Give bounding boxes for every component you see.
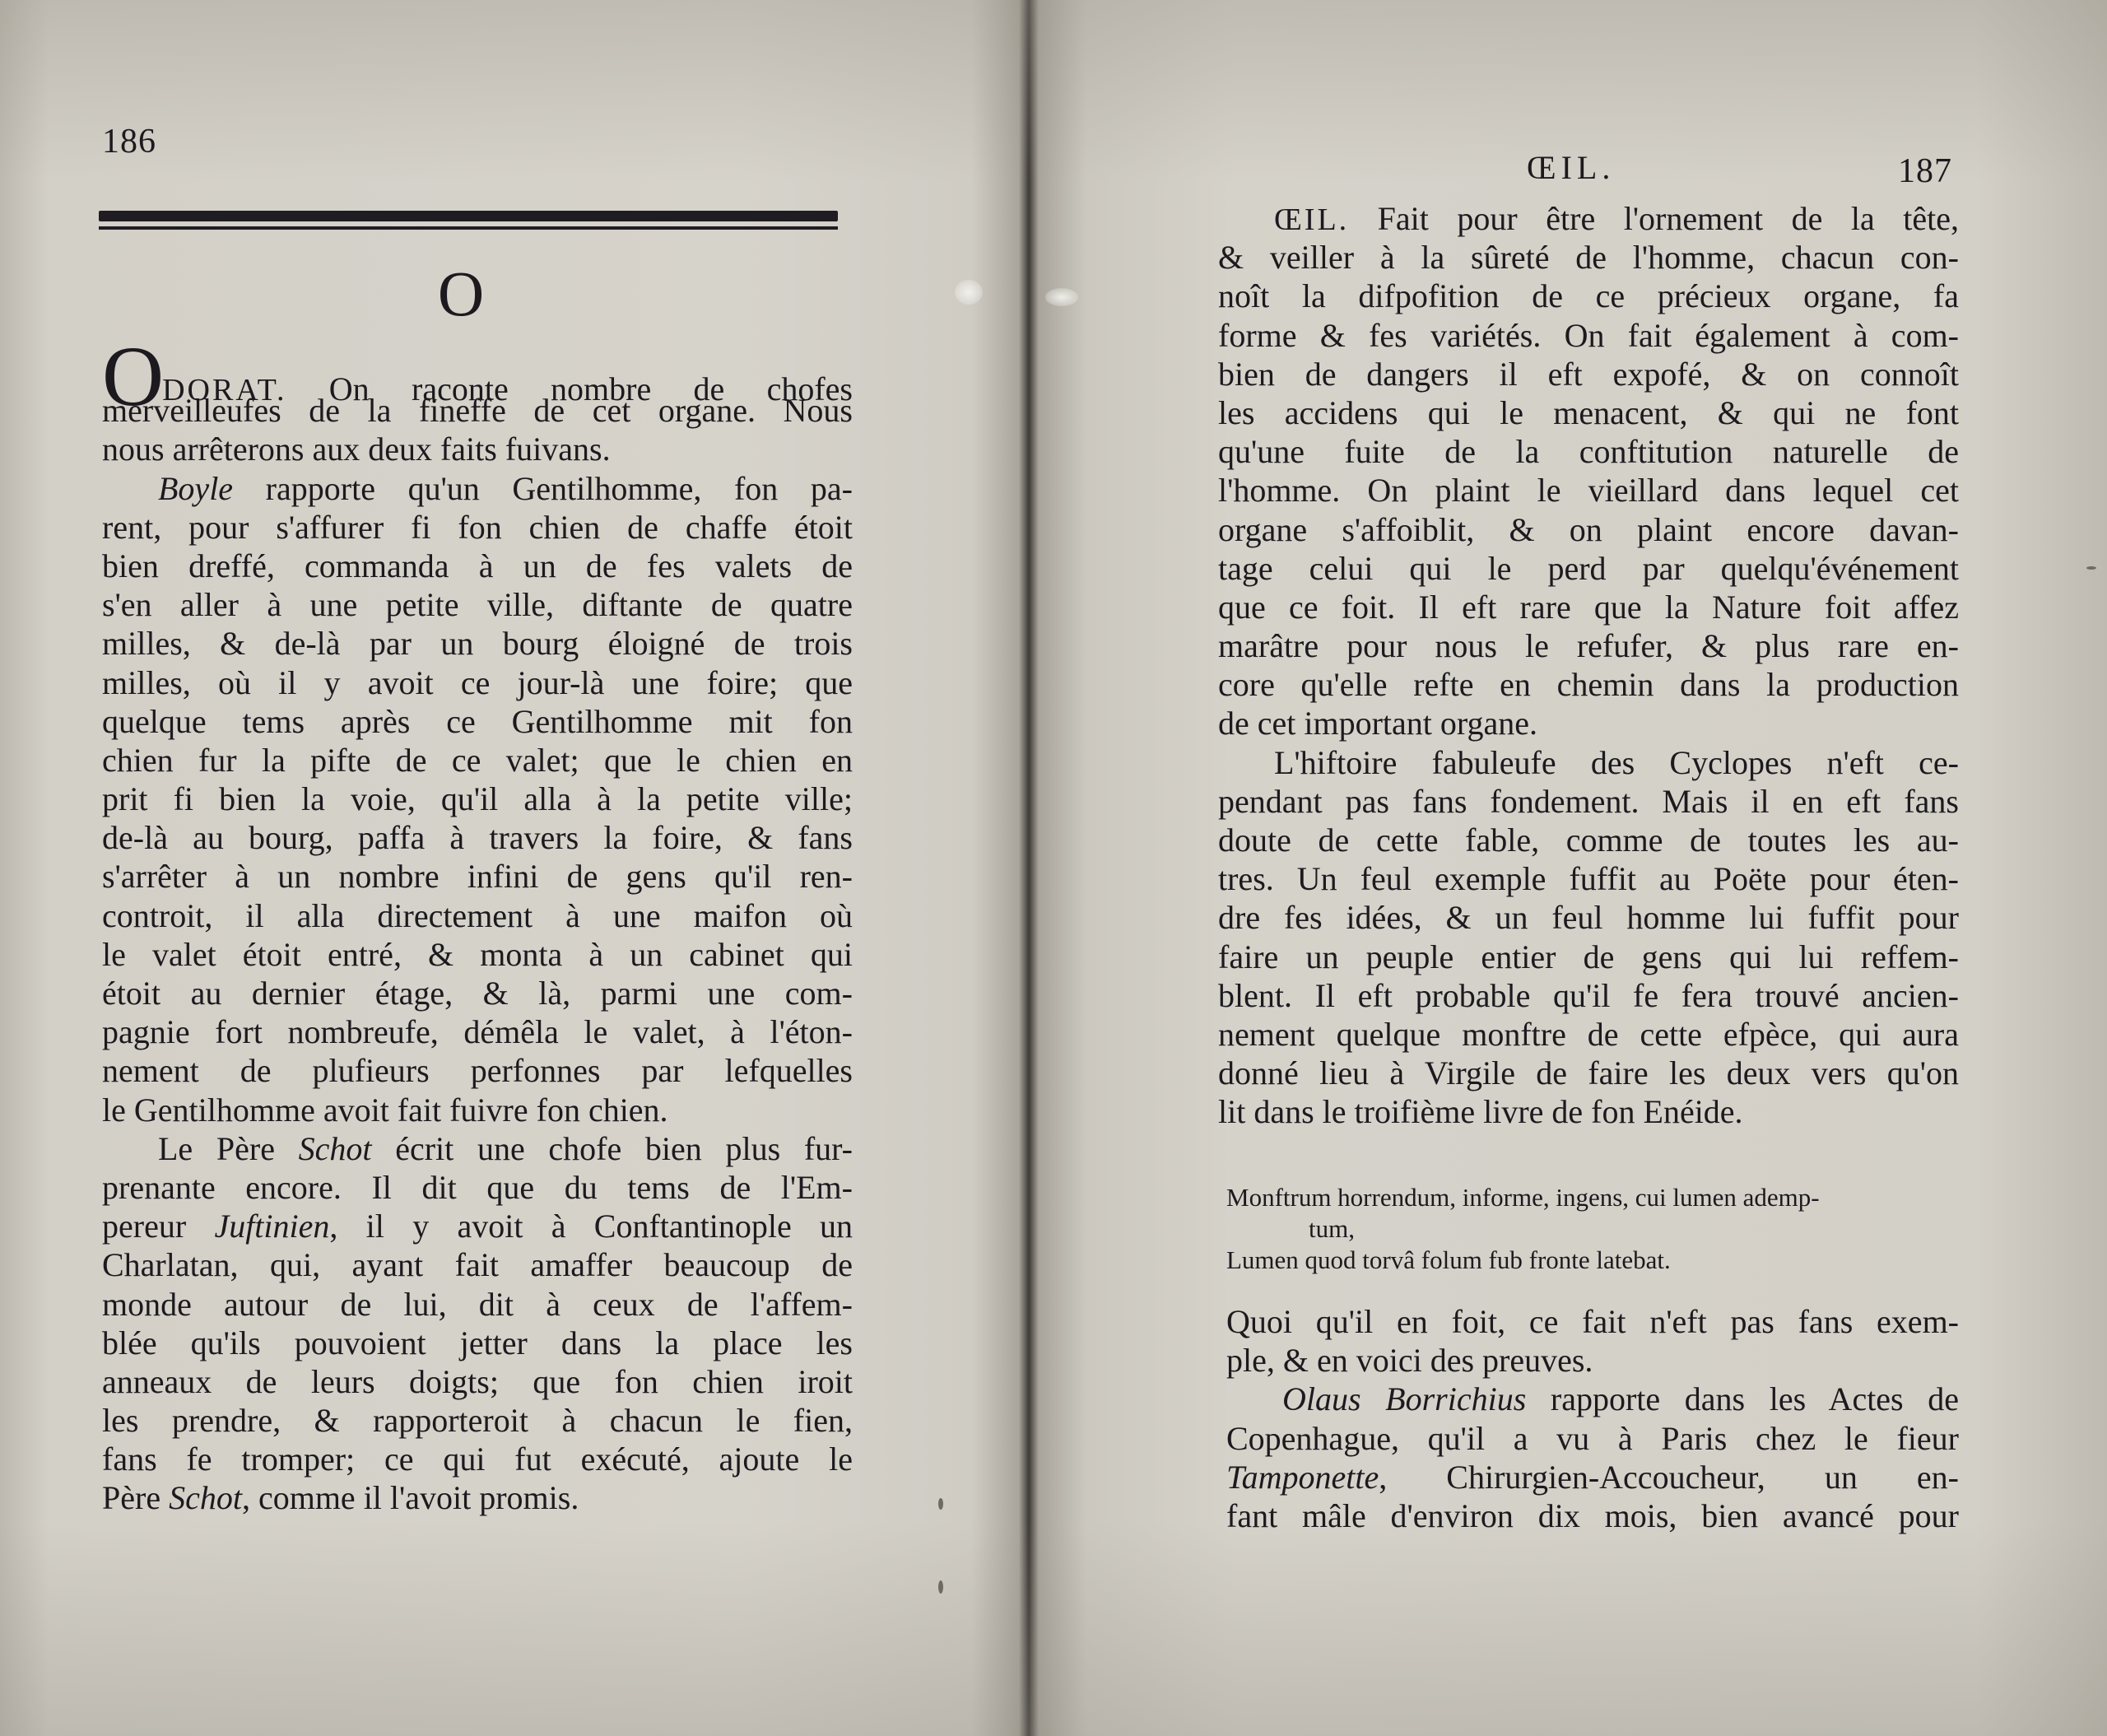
text-line: Copenhague, qu'il a vu à Paris chez le f… [1226, 1419, 1959, 1458]
text-line: L'hiftoire fabuleufe des Cyclopes n'eft … [1218, 743, 1959, 782]
right-body-text: ŒIL. Fait pour être l'ornement de la têt… [1218, 199, 1959, 1132]
page-number-right: 187 [1898, 151, 1952, 191]
italic-name: Juftinien [214, 1208, 329, 1245]
text-line: de cet important organe. [1218, 704, 1959, 742]
text-line: anneaux de leurs doigts; que fon chien i… [102, 1362, 853, 1401]
text-fragment: rapporte dans les Actes de [1526, 1380, 1959, 1417]
header-rule [99, 211, 838, 232]
text-line: core qu'elle refte en chemin dans la pro… [1218, 665, 1959, 704]
text-line: controit, il alla directement à une maif… [102, 896, 853, 935]
header-rule-thin [99, 226, 838, 230]
text-fragment: Le Père [158, 1130, 299, 1167]
text-line: de-là au bourg, paffa à travers la foire… [102, 818, 853, 857]
text-line: merveilleufes de la fineffe de cet organ… [102, 391, 853, 430]
text-line: bien de dangers il eft expofé, & on conn… [1218, 355, 1959, 393]
text-line: Père Schot, comme il l'avoit promis. [102, 1478, 853, 1517]
text-line: le valet étoit entré, & monta à un cabin… [102, 935, 853, 974]
text-line: chien fur la pifte de ce valet; que le c… [102, 741, 853, 780]
section-letter: O [0, 257, 922, 331]
text-line: Olaus Borrichius rapporte dans les Actes… [1226, 1380, 1959, 1418]
text-line: milles, où il y avoit ce jour-là une foi… [102, 663, 853, 702]
text-line: rent, pour s'affurer fi fon chien de cha… [102, 508, 853, 547]
italic-name: Olaus Borrichius [1282, 1380, 1526, 1417]
text-line: qu'une fuite de la conftitution naturell… [1218, 432, 1959, 471]
verse-line: Lumen quod torvâ folum fub fronte lateba… [1226, 1245, 1959, 1276]
italic-name: Schot [299, 1130, 372, 1167]
text-line: tage celui qui le perd par quelqu'événem… [1218, 549, 1959, 588]
text-line: étoit au dernier étage, & là, parmi une … [102, 974, 853, 1012]
right-body-text-continued: Quoi qu'il en foit, ce fait n'eft pas fa… [1226, 1302, 1959, 1535]
text-line: l'homme. On plaint le vieillard dans leq… [1218, 471, 1959, 510]
text-line: Quoi qu'il en foit, ce fait n'eft pas fa… [1226, 1302, 1959, 1341]
text-line: tres. Un feul exemple fuffit au Poëte po… [1218, 859, 1959, 898]
text-line: milles, & de-là par un bourg éloigné de … [102, 624, 853, 663]
text-line: les prendre, & rapporteroit à chacun le … [102, 1401, 853, 1440]
text-fragment: rapporte qu'un Gentilhomme, fon pa- [233, 470, 853, 507]
text-line: Tamponette, Chirurgien-Accoucheur, un en… [1226, 1458, 1959, 1496]
text-fragment: écrit une chofe bien plus fur- [372, 1130, 853, 1167]
running-head: ŒIL. [1527, 148, 1615, 187]
text-line: Boyle rapporte qu'un Gentilhomme, fon pa… [102, 469, 853, 508]
verse-line: Monftrum horrendum, informe, ingens, cui… [1226, 1182, 1959, 1213]
text-line: nement de plufieurs perfonnes par lefque… [102, 1051, 853, 1090]
text-line: blent. Il eft probable qu'il fe fera tro… [1218, 976, 1959, 1015]
text-line: monde autour de lui, dit à ceux de l'aff… [102, 1285, 853, 1324]
text-fragment: Fait pour être l'ornement de la tête, [1349, 200, 1959, 237]
text-line: pagnie fort nombreufe, démêla le valet, … [102, 1012, 853, 1051]
verse-line-continuation: tum, [1226, 1213, 1959, 1245]
left-page: 186 O ODORAT. On raconte nombre de chofe… [0, 0, 1029, 1736]
text-line: quelque tems après ce Gentilhomme mit fo… [102, 702, 853, 741]
header-rule-thick [99, 211, 838, 221]
headword: ŒIL. [1274, 202, 1349, 237]
text-line: fans fe tromper; ce qui fut exécuté, ajo… [102, 1440, 853, 1478]
text-line: nous arrêterons aux deux faits fuivans. [102, 430, 853, 468]
text-line: le Gentilhomme avoit fait fuivre fon chi… [102, 1091, 853, 1129]
text-line: ODORAT. On raconte nombre de chofes [102, 352, 853, 391]
latin-verse-quote: Monftrum horrendum, informe, ingens, cui… [1226, 1182, 1959, 1276]
italic-name: Schot [169, 1479, 242, 1516]
left-body-text: ODORAT. On raconte nombre de chofes merv… [102, 352, 853, 1518]
text-line: dre fes idées, & un feul homme lui fuffi… [1218, 898, 1959, 937]
text-line: bien dreffé, commanda à un de fes valets… [102, 547, 853, 585]
text-fragment: , il y avoit à Conftantinople un [329, 1208, 853, 1245]
text-line: s'arrêter à un nombre infini de gens qu'… [102, 857, 853, 896]
text-line: pendant pas fans fondement. Mais il en e… [1218, 782, 1959, 821]
italic-name: Tamponette [1226, 1459, 1379, 1496]
text-fragment: Père [102, 1479, 169, 1516]
text-line: Charlatan, qui, ayant fait amaffer beauc… [102, 1245, 853, 1284]
text-line: forme & fes variétés. On fait également … [1218, 316, 1959, 355]
text-line: & veiller à la sûreté de l'homme, chacun… [1218, 238, 1959, 277]
text-line: marâtre pour nous le refufer, & plus rar… [1218, 626, 1959, 665]
text-line: blée qu'ils pouvoient jetter dans la pla… [102, 1324, 853, 1362]
italic-name: Boyle [158, 470, 233, 507]
text-line: noît la difpofition de ce précieux organ… [1218, 277, 1959, 315]
text-line: pereur Juftinien, il y avoit à Conftanti… [102, 1207, 853, 1245]
text-line: donné lieu à Virgile de faire les deux v… [1218, 1054, 1959, 1092]
text-fragment: pereur [102, 1208, 214, 1245]
text-line: nement quelque monftre de cette efpèce, … [1218, 1015, 1959, 1054]
page-number-left: 186 [102, 122, 156, 161]
text-fragment: , comme il l'avoit promis. [242, 1479, 579, 1516]
text-line: que ce foit. Il eft rare que la Nature f… [1218, 588, 1959, 626]
text-line: lit dans le troifième livre de fon Enéid… [1218, 1092, 1959, 1131]
text-line: prenante encore. Il dit que du tems de l… [102, 1168, 853, 1207]
text-fragment: , Chirurgien-Accoucheur, un en- [1379, 1459, 1959, 1496]
text-line: Le Père Schot écrit une chofe bien plus … [102, 1129, 853, 1168]
text-line: organe s'affoiblit, & on plaint encore d… [1218, 510, 1959, 549]
text-line: fant mâle d'environ dix mois, bien avanc… [1226, 1496, 1959, 1535]
text-line: ŒIL. Fait pour être l'ornement de la têt… [1218, 199, 1959, 238]
text-line: s'en aller à une petite ville, diftante … [102, 585, 853, 624]
text-line: faire un peuple entier de gens qui lui r… [1218, 938, 1959, 976]
text-line: prit fi bien la voie, qu'il alla à la pe… [102, 780, 853, 818]
text-line: doute de cette fable, comme de toutes le… [1218, 821, 1959, 859]
text-line: ple, & en voici des preuves. [1226, 1341, 1959, 1380]
text-line: les accidens qui le menacent, & qui ne f… [1218, 393, 1959, 432]
